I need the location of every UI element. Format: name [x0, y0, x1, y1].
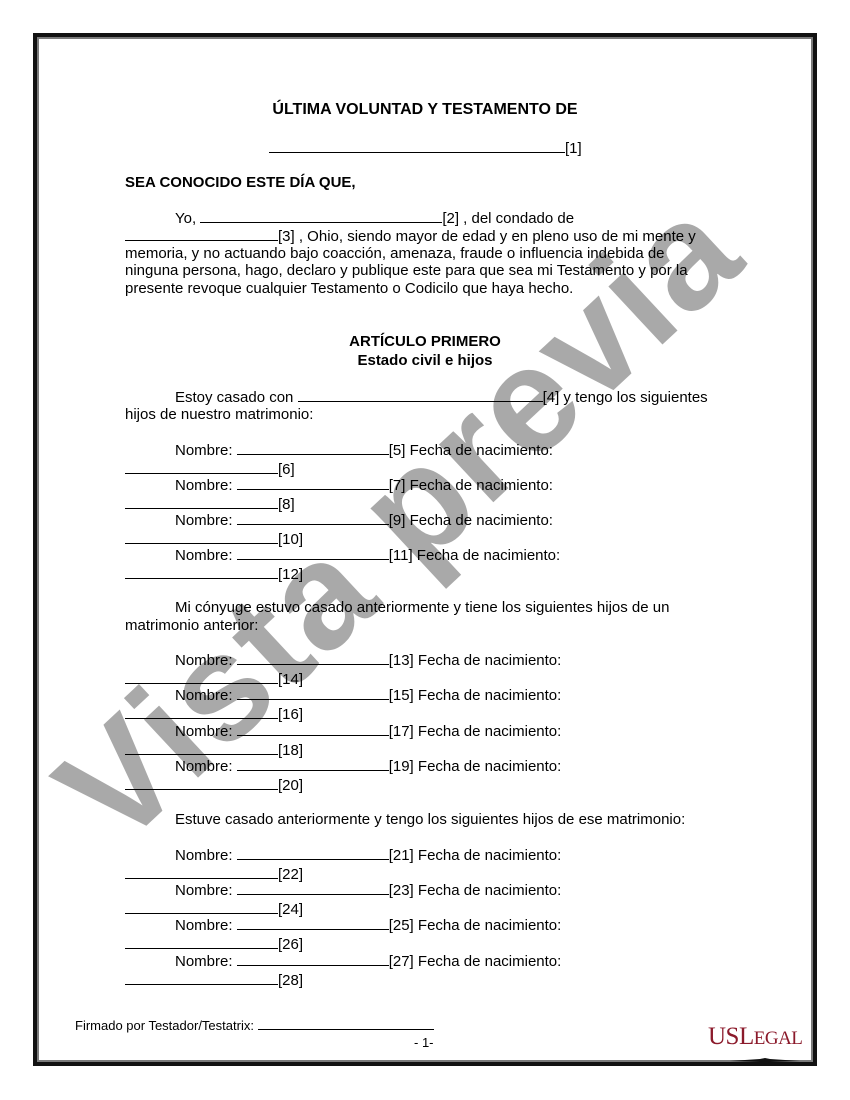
field-label: [27] — [389, 953, 414, 970]
child-dob-blank[interactable] — [125, 705, 278, 719]
dob-label: Fecha de nacimiento: — [410, 442, 553, 459]
dob-label: Fecha de nacimiento: — [418, 882, 561, 899]
field-label: [11] — [389, 547, 413, 564]
field-label: [23] — [389, 882, 414, 899]
dob-label: Fecha de nacimiento: — [418, 847, 561, 864]
child-name-blank[interactable] — [237, 846, 389, 860]
field-label: [18] — [278, 742, 303, 759]
name-blank-2[interactable] — [200, 209, 442, 223]
child-entry: Nombre: [13] Fecha de nacimiento: [14] — [125, 651, 561, 688]
child-name-blank[interactable] — [237, 546, 389, 560]
county-blank-3[interactable] — [125, 227, 278, 241]
field-label: [24] — [278, 901, 303, 918]
intro-line-4: ninguna persona, hago, declaro y publiqu… — [125, 262, 688, 279]
field-label: [20] — [278, 777, 303, 794]
child-entry: Nombre: [9] Fecha de nacimiento: [10] — [125, 511, 553, 548]
logo-l: L — [739, 1023, 754, 1050]
name-label: Nombre: — [175, 547, 233, 564]
field-label: [21] — [389, 847, 414, 864]
field-label: [22] — [278, 866, 303, 883]
name-label: Nombre: — [175, 917, 233, 934]
field-label: [25] — [389, 917, 414, 934]
name-label: Nombre: — [175, 442, 233, 459]
field-label: [5] — [389, 442, 406, 459]
field-label: [10] — [278, 531, 303, 548]
child-dob-blank[interactable] — [125, 900, 278, 914]
eagle-wings-icon — [730, 1058, 800, 1064]
field-label: [16] — [278, 706, 303, 723]
field-label: [6] — [278, 461, 295, 478]
child-entry: Nombre: [11] Fecha de nacimiento: [12] — [125, 546, 560, 583]
dob-label: Fecha de nacimiento: — [417, 547, 560, 564]
child-name-blank[interactable] — [237, 511, 389, 525]
married-line-2: hijos de nuestro matrimonio: — [125, 406, 313, 423]
article-subheading: Estado civil e hijos — [0, 352, 850, 369]
child-dob-blank[interactable] — [125, 670, 278, 684]
field-label: [7] — [389, 477, 406, 494]
spouse-prev-line-2: matrimonio anterior: — [125, 617, 258, 634]
child-entry: Nombre: [15] Fecha de nacimiento: [16] — [125, 686, 561, 723]
name-label: Nombre: — [175, 723, 233, 740]
child-entry: Nombre: [19] Fecha de nacimiento: [20] — [125, 757, 561, 794]
field-label: [26] — [278, 936, 303, 953]
field-2-label: [2] , del condado de — [442, 210, 574, 227]
dob-label: Fecha de nacimiento: — [410, 477, 553, 494]
spouse-prev-line-1: Mi cónyuge estuvo casado anteriormente y… — [175, 599, 669, 616]
self-prev-line: Estuve casado anteriormente y tengo los … — [175, 811, 685, 828]
dob-label: Fecha de nacimiento: — [418, 723, 561, 740]
child-entry: Nombre: [7] Fecha de nacimiento: [8] — [125, 476, 553, 513]
child-dob-blank[interactable] — [125, 460, 278, 474]
child-entry: Nombre: [21] Fecha de nacimiento: [22] — [125, 846, 561, 883]
field-label: [17] — [389, 723, 414, 740]
name-label: Nombre: — [175, 758, 233, 775]
logo-us: US — [708, 1023, 739, 1050]
document-page: ÚLTIMA VOLUNTAD Y TESTAMENTO DE [1] SEA … — [0, 0, 850, 1100]
child-name-blank[interactable] — [237, 686, 389, 700]
field-label: [8] — [278, 496, 295, 513]
intro-heading: SEA CONOCIDO ESTE DÍA QUE, — [125, 174, 356, 191]
dob-label: Fecha de nacimiento: — [418, 652, 561, 669]
uslegal-logo: USLEGAL — [708, 1025, 823, 1074]
child-dob-blank[interactable] — [125, 776, 278, 790]
field-1-label: [1] — [565, 140, 582, 157]
dob-label: Fecha de nacimiento: — [418, 758, 561, 775]
child-name-blank[interactable] — [237, 952, 389, 966]
dob-label: Fecha de nacimiento: — [418, 953, 561, 970]
name-label: Nombre: — [175, 882, 233, 899]
field-label: [13] — [389, 652, 414, 669]
name-label: Nombre: — [175, 687, 233, 704]
logo-tagline — [724, 1069, 823, 1074]
dob-label: Fecha de nacimiento: — [418, 687, 561, 704]
signature-label: Firmado por Testador/Testatrix: — [75, 1018, 254, 1033]
logo-egal: EGAL — [754, 1028, 803, 1049]
name-label: Nombre: — [175, 847, 233, 864]
intro-line-3: memoria, y no actuando bajo coacción, am… — [125, 245, 665, 262]
child-name-blank[interactable] — [237, 881, 389, 895]
signature-row: Firmado por Testador/Testatrix: — [75, 1018, 434, 1033]
intro-line-1: Yo, [2] , del condado de — [175, 209, 574, 227]
child-dob-blank[interactable] — [125, 741, 278, 755]
child-dob-blank[interactable] — [125, 495, 278, 509]
name-label: Nombre: — [175, 512, 233, 529]
page-number: - 1- — [414, 1035, 434, 1050]
child-name-blank[interactable] — [237, 757, 389, 771]
dob-label: Fecha de nacimiento: — [418, 917, 561, 934]
yo-label: Yo, — [175, 210, 196, 227]
child-dob-blank[interactable] — [125, 565, 278, 579]
intro-line-2: [3] , Ohio, siendo mayor de edad y en pl… — [125, 227, 696, 245]
document-title: ÚLTIMA VOLUNTAD Y TESTAMENTO DE — [0, 101, 850, 119]
name-label: Nombre: — [175, 477, 233, 494]
logo-wordmark: USLEGAL — [708, 1025, 823, 1051]
child-dob-blank[interactable] — [125, 865, 278, 879]
child-dob-blank[interactable] — [125, 530, 278, 544]
field-4-label: [4] y tengo los siguientes — [543, 389, 708, 406]
child-entry: Nombre: [5] Fecha de nacimiento: [6] — [125, 441, 553, 478]
field-3-label: [3] , Ohio, siendo mayor de edad y en pl… — [278, 228, 696, 245]
intro-line-5: presente revoque cualquier Testamento o … — [125, 280, 573, 297]
signature-blank[interactable] — [258, 1018, 434, 1030]
spouse-blank-4[interactable] — [298, 388, 543, 402]
field-label: [14] — [278, 671, 303, 688]
married-line-1: Estoy casado con [4] y tengo los siguien… — [175, 388, 708, 406]
child-entry: Nombre: [27] Fecha de nacimiento: [28] — [125, 952, 561, 989]
dob-label: Fecha de nacimiento: — [410, 512, 553, 529]
article-heading: ARTÍCULO PRIMERO — [0, 333, 850, 350]
child-entry: Nombre: [25] Fecha de nacimiento: [26] — [125, 916, 561, 953]
child-entry: Nombre: [17] Fecha de nacimiento: [18] — [125, 722, 561, 759]
field-label: [19] — [389, 758, 414, 775]
testator-name-blank[interactable] — [269, 139, 565, 153]
child-name-blank[interactable] — [237, 916, 389, 930]
testator-name-row: [1] — [269, 139, 582, 157]
name-label: Nombre: — [175, 652, 233, 669]
child-name-blank[interactable] — [237, 651, 389, 665]
child-entry: Nombre: [23] Fecha de nacimiento: [24] — [125, 881, 561, 918]
married-prefix: Estoy casado con — [175, 389, 293, 406]
child-name-blank[interactable] — [237, 441, 389, 455]
child-dob-blank[interactable] — [125, 971, 278, 985]
name-label: Nombre: — [175, 953, 233, 970]
field-label: [12] — [278, 566, 303, 583]
child-name-blank[interactable] — [237, 722, 389, 736]
field-label: [9] — [389, 512, 406, 529]
field-label: [15] — [389, 687, 414, 704]
child-name-blank[interactable] — [237, 476, 389, 490]
child-dob-blank[interactable] — [125, 935, 278, 949]
field-label: [28] — [278, 972, 303, 989]
